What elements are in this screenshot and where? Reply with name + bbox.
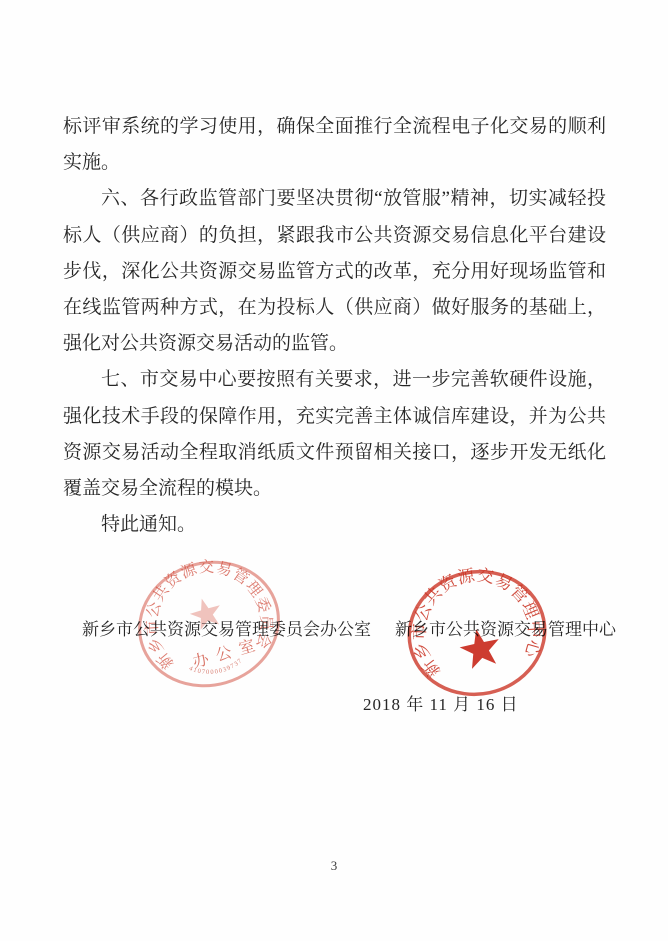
page-number: 3: [0, 858, 668, 874]
paragraph-continuation: 标评审系统的学习使用，确保全面推行全流程电子化交易的顺利实施。: [63, 109, 606, 181]
paragraph-item-six: 六、各行政监管部门要坚决贯彻“放管服”精神，切实减轻投标人（供应商）的负担，紧跟…: [63, 181, 606, 362]
paragraph-item-seven: 七、市交易中心要按照有关要求，进一步完善软硬件设施，强化技术手段的保障作用，充实…: [63, 362, 606, 507]
signature-row: 新乡市公共资源交易管理委员会办公室新乡市公共资源交易管理中心: [82, 615, 642, 640]
signature-org-left: 新乡市公共资源交易管理委员会办公室: [82, 620, 371, 639]
seal-left-code-holder: 4107000039737: [187, 651, 246, 683]
seal-left-ring-text: 新乡市公共资源交易管理委员会: [127, 542, 285, 684]
seal-left-ring-text-holder: 新乡市公共资源交易管理委员会: [127, 542, 285, 684]
seal-left-code: 4107000039737: [187, 651, 246, 683]
document-date: 2018 年 11 月 16 日: [363, 690, 519, 715]
scanned-notice-page: 标评审系统的学习使用，确保全面推行全流程电子化交易的顺利实施。 六、各行政监管部…: [0, 0, 668, 941]
paragraph-closing-notice: 特此通知。: [63, 507, 606, 543]
document-body: 标评审系统的学习使用，确保全面推行全流程电子化交易的顺利实施。 六、各行政监管部…: [63, 109, 606, 543]
signature-org-right: 新乡市公共资源交易管理中心: [395, 620, 616, 639]
